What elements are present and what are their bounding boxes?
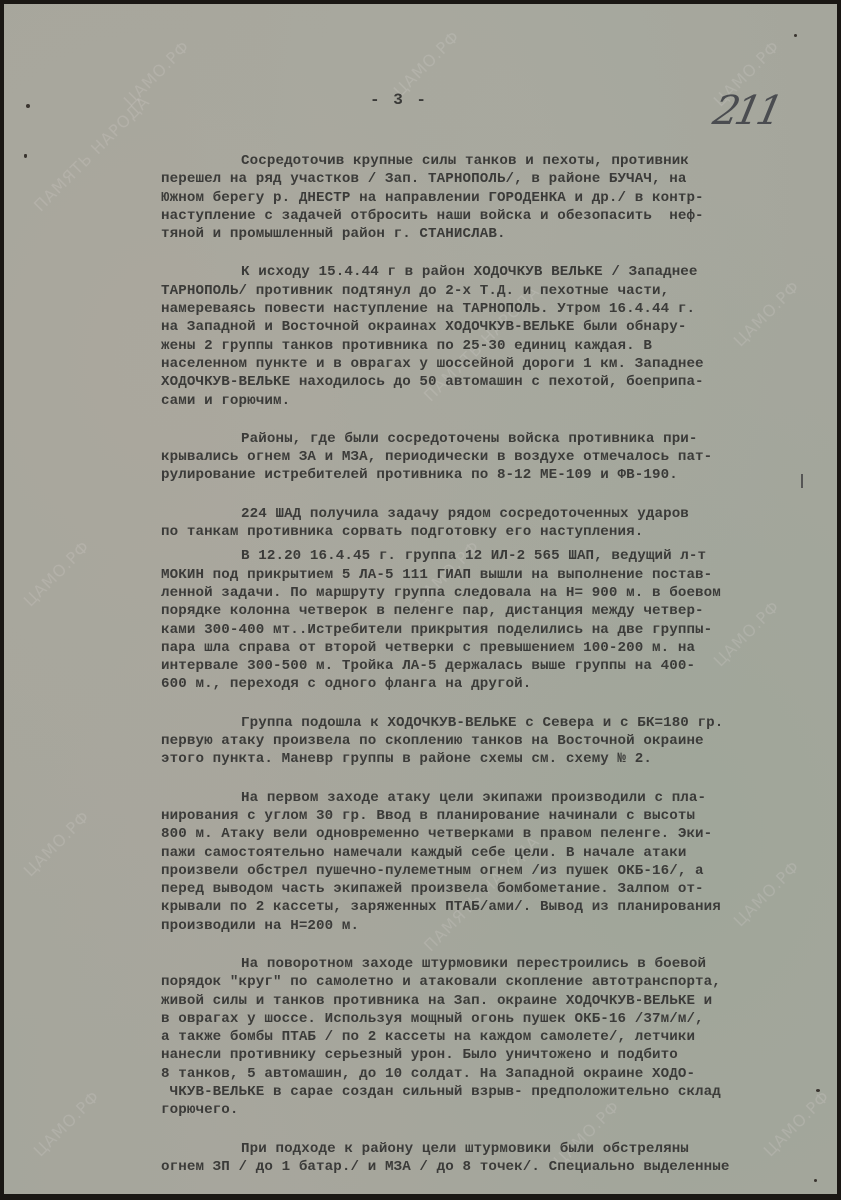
text-line: 800 м. Атаку вели одновременно четверкам… [161, 825, 821, 843]
paragraph: На первом заходе атаку цели экипажи прои… [161, 789, 821, 935]
paragraph: В 12.20 16.4.45 г. группа 12 ИЛ-2 565 ША… [161, 547, 821, 693]
text-line: по танкам противника сорвать подготовку … [161, 523, 821, 541]
text-line: Сосредоточив крупные силы танков и пехот… [161, 152, 821, 170]
document-body: Сосредоточив крупные силы танков и пехот… [161, 152, 821, 1188]
text-line: 600 м., переходя с одного фланга на друг… [161, 675, 821, 693]
text-line: перешел на ряд участков / Зап. ТАРНОПОЛЬ… [161, 170, 821, 188]
text-line: а также бомбы ПТАБ / по 2 кассеты на каж… [161, 1028, 821, 1046]
text-line: При подходе к району цели штурмовики был… [161, 1140, 821, 1158]
watermark: ЦАМО.РФ [30, 1087, 104, 1161]
text-line: ками 300-400 мт..Истребители прикрытия п… [161, 621, 821, 639]
paper-speck [26, 104, 30, 108]
text-line: интервале 300-500 м. Тройка ЛА-5 держала… [161, 657, 821, 675]
text-line: нанесли противнику серьезный урон. Было … [161, 1046, 821, 1064]
paragraph: На поворотном заходе штурмовики перестро… [161, 955, 821, 1120]
paragraph: Сосредоточив крупные силы танков и пехот… [161, 152, 821, 243]
text-line: Группа подошла к ХОДОЧКУВ-ВЕЛЬКЕ с Север… [161, 714, 821, 732]
text-line: перед выводом часть экипажей произвела б… [161, 880, 821, 898]
watermark: ЦАМО.РФ [390, 27, 464, 101]
paper-speck [794, 34, 797, 37]
paragraph: К исходу 15.4.44 г в район ХОДОЧКУВ ВЕЛЬ… [161, 263, 821, 409]
text-line: ЧКУВ-ВЕЛЬКЕ в сарае создан сильный взрыв… [161, 1083, 821, 1101]
paragraph: При подходе к району цели штурмовики был… [161, 1140, 821, 1177]
text-line: 8 танков, 5 автомашин, до 10 солдат. На … [161, 1065, 821, 1083]
watermark: ЦАМО.РФ [20, 807, 94, 881]
text-line: пажи самостоятельно намечали каждый себе… [161, 844, 821, 862]
text-line: ТАРНОПОЛЬ/ противник подтянул до 2-х Т.Д… [161, 282, 821, 300]
handwritten-archive-number: 211 [709, 88, 783, 134]
text-line: МОКИН под прикрытием 5 ЛА-5 111 ГИАП выш… [161, 566, 821, 584]
text-line: ХОДОЧКУВ-ВЕЛЬКЕ находилось до 50 автомаш… [161, 373, 821, 391]
paragraph: Группа подошла к ХОДОЧКУВ-ВЕЛЬКЕ с Север… [161, 714, 821, 769]
text-line: наступление с задачей отбросить наши вой… [161, 207, 821, 225]
text-line: сами и горючим. [161, 392, 821, 410]
text-line: огнем ЗП / до 1 батар./ и МЗА / до 8 точ… [161, 1158, 821, 1176]
paper-speck [24, 154, 27, 157]
paragraph: 224 ШАД получила задачу рядом сосредоточ… [161, 505, 821, 542]
text-line: порядок "круг" по самолетно и атаковали … [161, 973, 821, 991]
paragraph: Районы, где были сосредоточены войска пр… [161, 430, 821, 485]
text-line: На первом заходе атаку цели экипажи прои… [161, 789, 821, 807]
text-line: населенном пункте и в оврагах у шоссейно… [161, 355, 821, 373]
text-line: порядке колонна четверок в пеленге пар, … [161, 602, 821, 620]
text-line: живой силы и танков противника на Зап. о… [161, 992, 821, 1010]
text-line: В 12.20 16.4.45 г. группа 12 ИЛ-2 565 ША… [161, 547, 821, 565]
text-line: крывали по 2 кассеты, заряженных ПТАБ/ам… [161, 898, 821, 916]
text-line: жены 2 группы танков противника по 25-30… [161, 337, 821, 355]
text-line: в оврагах у шоссе. Используя мощный огон… [161, 1010, 821, 1028]
text-line: первую атаку произвела по скоплению танк… [161, 732, 821, 750]
text-line: 224 ШАД получила задачу рядом сосредоточ… [161, 505, 821, 523]
watermark: ПАМЯТЬ НАРОДА [30, 92, 153, 215]
text-line: К исходу 15.4.44 г в район ХОДОЧКУВ ВЕЛЬ… [161, 263, 821, 281]
text-line: ленной задачи. По маршруту группа следов… [161, 584, 821, 602]
text-line: рулирование истребителей противника по 8… [161, 466, 821, 484]
text-line: производили на Н=200 м. [161, 917, 821, 935]
watermark: ЦАМО.РФ [120, 37, 194, 111]
text-line: Районы, где были сосредоточены войска пр… [161, 430, 821, 448]
text-line: крывались огнем ЗА и МЗА, периодически в… [161, 448, 821, 466]
text-line: на Западной и Восточной окраинах ХОДОЧКУ… [161, 318, 821, 336]
watermark: ЦАМО.РФ [20, 537, 94, 611]
text-line: пара шла справа от второй четверки с пре… [161, 639, 821, 657]
text-line: этого пункта. Маневр группы в районе схе… [161, 750, 821, 768]
text-line: тяной и промышленный район г. СТАНИСЛАВ. [161, 225, 821, 243]
text-line: горючего. [161, 1101, 821, 1119]
text-line: Южном берегу р. ДНЕСТР на направлении ГО… [161, 189, 821, 207]
page-number: - 3 - [370, 91, 428, 109]
document-page: ЦАМО.РФ ПАМЯТЬ НАРОДА ЦАМО.РФ ЦАМО.РФ ЦА… [4, 4, 837, 1194]
text-line: На поворотном заходе штурмовики перестро… [161, 955, 821, 973]
text-line: нирования с углом 30 гр. Ввод в планиров… [161, 807, 821, 825]
text-line: произвели обстрел пушечно-пулеметным огн… [161, 862, 821, 880]
text-line: намереваясь повести наступление на ТАРНО… [161, 300, 821, 318]
